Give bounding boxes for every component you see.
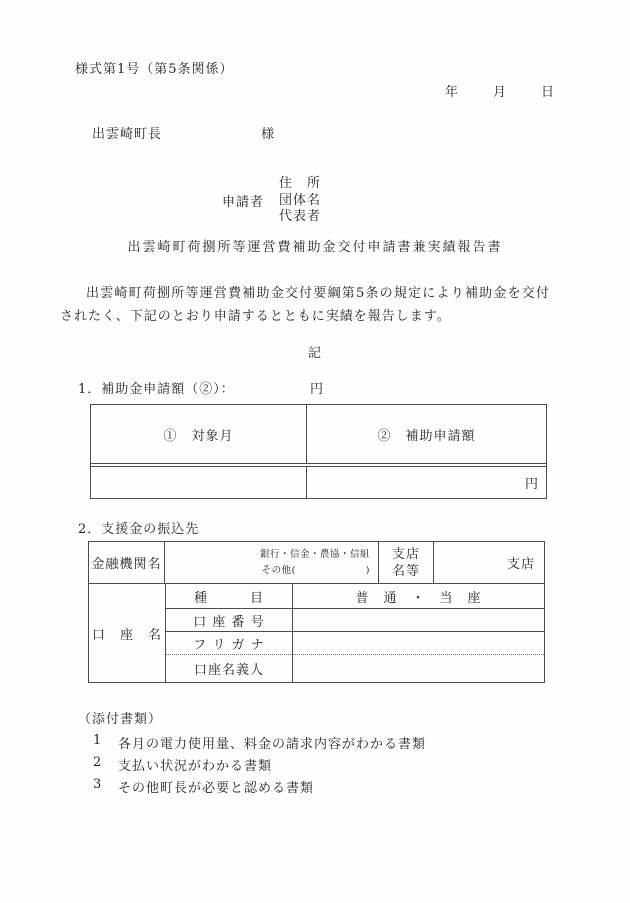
branch-name-label: 支店 名等 bbox=[379, 542, 434, 583]
attachment-item-text: 支払い状況がわかる書類 bbox=[118, 755, 272, 774]
form-number: 様式第1号（第5条関係） bbox=[75, 58, 234, 77]
attachment-item: 1 各月の電力使用量、料金の請求内容がわかる書類 bbox=[93, 733, 426, 752]
section1-unit-label: 円 bbox=[310, 378, 324, 397]
addressee-honorific: 様 bbox=[261, 127, 275, 142]
application-amount-table-header: ① 対象月 ② 補助申請額 bbox=[91, 405, 546, 467]
addressee-name: 出雲崎町長 bbox=[92, 127, 162, 142]
applicant-label: 申請者 bbox=[222, 191, 264, 210]
bank-institution-row: 金融機関名 銀行・信金・農協・信組 その他( ) 支店 名等 支店 bbox=[89, 542, 544, 584]
attachment-item: 2 支払い状況がわかる書類 bbox=[93, 755, 272, 774]
applicant-block: 申請者 住 所 団体名 代表者 bbox=[222, 176, 321, 226]
account-holder-label: 口座名義人 bbox=[166, 654, 293, 682]
body-paragraph: 出雲崎町荷捌所等運営費補助金交付要綱第5条の規定により補助金を交付されたく、下記… bbox=[60, 282, 550, 328]
account-holder-value bbox=[293, 654, 544, 682]
date-month-label: 月 bbox=[493, 81, 507, 100]
cell-target-month-value bbox=[91, 467, 307, 498]
account-detail-rows: 口 座 名 種 目 普 通 ・ 当 座 口 座 番 号 フ リ ガ ナ 口座名義… bbox=[89, 584, 544, 682]
header-subsidy-amount: ② 補助申請額 bbox=[307, 405, 546, 463]
application-amount-table: ① 対象月 ② 補助申請額 円 bbox=[90, 404, 547, 499]
bank-transfer-table: 金融機関名 銀行・信金・農協・信組 その他( ) 支店 名等 支店 口 座 名 … bbox=[88, 541, 545, 683]
applicant-fields: 住 所 団体名 代表者 bbox=[279, 176, 321, 226]
attachment-item-number: 1 bbox=[93, 733, 118, 752]
addressee-line: 出雲崎町長 様 bbox=[92, 123, 275, 142]
header-target-month: ① 対象月 bbox=[91, 405, 307, 463]
section1-heading: 1．補助金申請額（②）： bbox=[78, 382, 235, 397]
furigana-value bbox=[293, 631, 544, 654]
date-line: 年 月 日 bbox=[445, 81, 555, 100]
account-type-value: 普 通 ・ 当 座 bbox=[293, 584, 544, 608]
document-page: 様式第1号（第5条関係） 年 月 日 出雲崎町長 様 申請者 住 所 団体名 代… bbox=[0, 0, 630, 903]
furigana-label: フ リ ガ ナ bbox=[166, 631, 293, 654]
institution-other-text: その他( ) bbox=[262, 563, 370, 579]
application-amount-table-row: 円 bbox=[91, 467, 546, 498]
applicant-address-label: 住 所 bbox=[279, 176, 321, 193]
cell-amount-unit: 円 bbox=[307, 467, 546, 498]
account-number-value bbox=[293, 608, 544, 631]
account-name-label: 口 座 名 bbox=[89, 584, 166, 682]
account-type-label: 種 目 bbox=[166, 584, 293, 608]
branch-label-line2: 名等 bbox=[392, 563, 420, 580]
section1-heading-line: 1．補助金申請額（②）： 円 bbox=[78, 378, 547, 397]
account-number-label: 口 座 番 号 bbox=[166, 608, 293, 631]
attachment-item-number: 3 bbox=[93, 777, 118, 796]
attachment-item-number: 2 bbox=[93, 755, 118, 774]
institution-type-cell: 銀行・信金・農協・信組 その他( ) bbox=[165, 542, 379, 583]
applicant-org-label: 団体名 bbox=[279, 193, 321, 210]
attachment-item-text: その他町長が必要と認める書類 bbox=[118, 777, 314, 796]
date-day-label: 日 bbox=[541, 81, 555, 100]
financial-institution-label: 金融機関名 bbox=[89, 542, 165, 583]
document-title: 出雲崎町荷捌所等運営費補助金交付申請書兼実績報告書 bbox=[0, 236, 630, 255]
branch-label-line1: 支店 bbox=[392, 546, 420, 563]
applicant-representative-label: 代表者 bbox=[279, 209, 321, 226]
date-year-label: 年 bbox=[445, 81, 459, 100]
attachment-item: 3 その他町長が必要と認める書類 bbox=[93, 777, 314, 796]
branch-suffix-cell: 支店 bbox=[434, 542, 544, 583]
attachments-heading: （添付書類） bbox=[78, 708, 162, 727]
institution-types-text: 銀行・信金・農協・信組 bbox=[260, 547, 370, 563]
ki-marker: 記 bbox=[0, 342, 630, 361]
attachment-item-text: 各月の電力使用量、料金の請求内容がわかる書類 bbox=[118, 733, 426, 752]
section2-heading: 2．支援金の振込先 bbox=[78, 518, 199, 537]
